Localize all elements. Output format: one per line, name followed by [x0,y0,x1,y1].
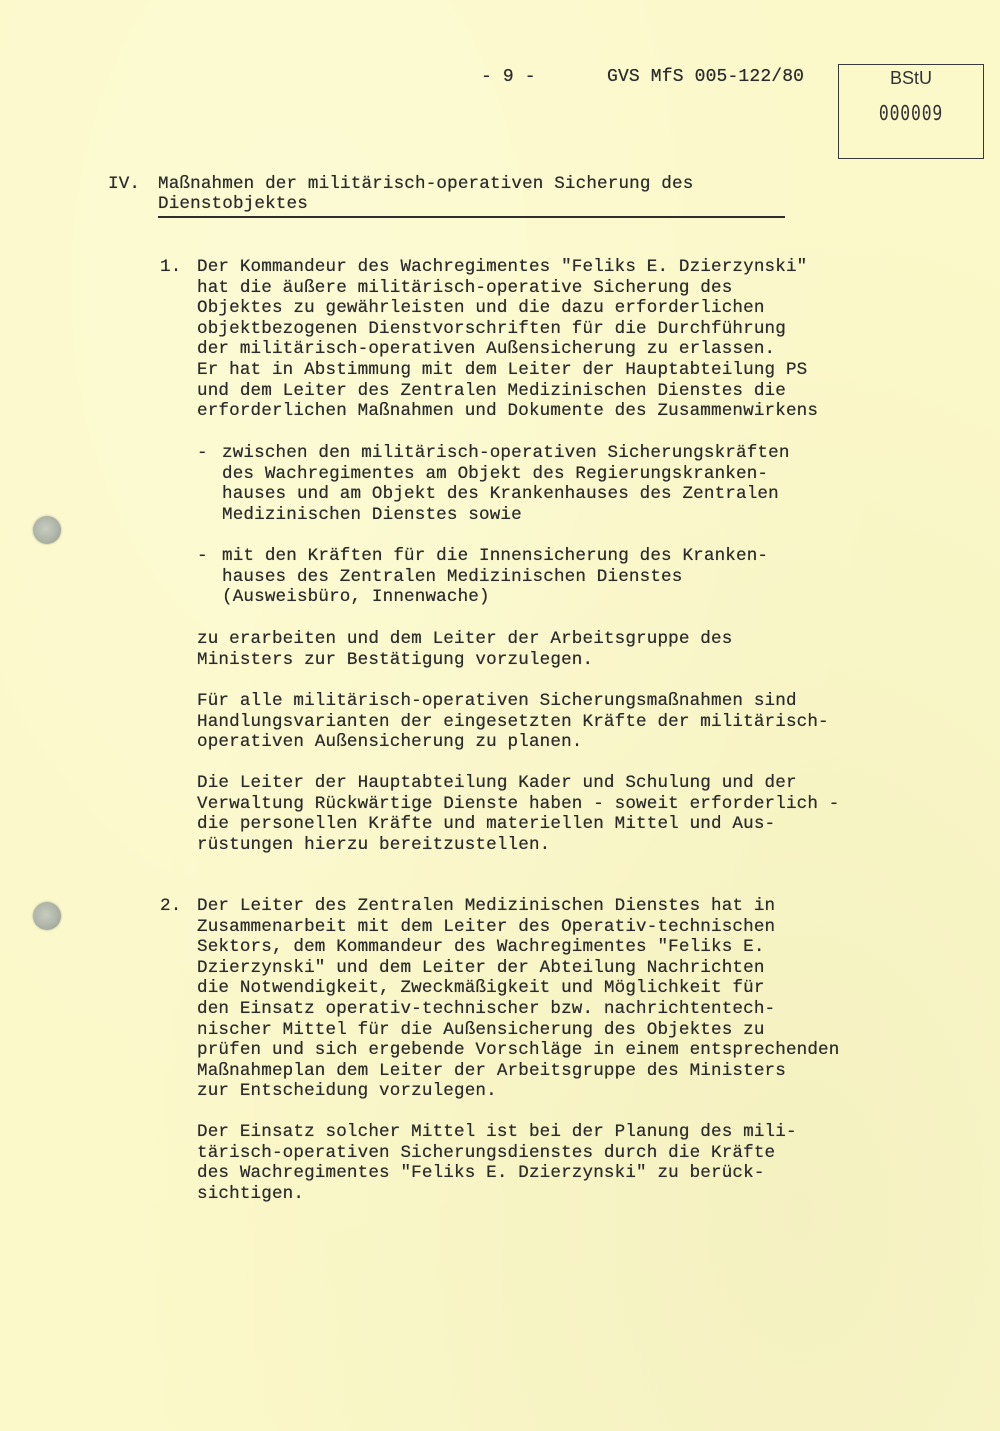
item2-line: den Einsatz operativ-technischer bzw. na… [197,999,775,1020]
item1-line: hat die äußere militärisch-operative Sic… [197,278,732,299]
item-number: 1. [160,257,181,278]
bullet-line: Medizinischen Dienstes sowie [222,505,522,526]
item2-paragraph2-line: tärisch-operativen Sicherungsdienstes du… [197,1143,775,1164]
item1-paragraph2-line: Handlungsvarianten der eingesetzten Kräf… [197,712,829,733]
item2-paragraph2-line: Der Einsatz solcher Mittel ist bei der P… [197,1122,797,1143]
item2-line: Dzierzynski" und dem Leiter der Abteilun… [197,958,765,979]
item-number: 2. [160,896,181,917]
item2-line: nischer Mittel für die Außensicherung de… [197,1020,765,1041]
item1-paragraph3-line: die personellen Kräfte und materiellen M… [197,814,775,835]
bullet-line: (Ausweisbüro, Innenwache) [222,587,490,608]
section-title-line: Dienstobjektes [158,194,308,215]
bullet-marker: - [197,443,208,464]
item1-paragraph3-line: rüstungen hierzu bereitzustellen. [197,835,550,856]
item1-line: Objektes zu gewährleisten und die dazu e… [197,298,765,319]
item1-closing-line: zu erarbeiten und dem Leiter der Arbeits… [197,629,732,650]
bullet-line: zwischen den militärisch-operativen Sich… [222,443,790,464]
item2-paragraph2-line: sichtigen. [197,1184,304,1205]
stamp-number: 000009 [852,101,970,125]
item2-line: Maßnahmeplan dem Leiter der Arbeitsgrupp… [197,1061,786,1082]
item2-line: Der Leiter des Zentralen Medizinischen D… [197,896,775,917]
item1-line: der militärisch-operativen Außensicherun… [197,339,775,360]
stamp-label: BStU [839,68,983,89]
item1-line: Er hat in Abstimmung mit dem Leiter der … [197,360,807,381]
bullet-line: des Wachregimentes am Objekt des Regieru… [222,464,768,485]
item1-closing-line: Ministers zur Bestätigung vorzulegen. [197,650,593,671]
item2-line: Sektors, dem Kommandeur des Wachregiment… [197,937,765,958]
item2-line: zur Entscheidung vorzulegen. [197,1081,497,1102]
item1-paragraph3-line: Die Leiter der Hauptabteilung Kader und … [197,773,797,794]
item2-line: prüfen und sich ergebende Vorschläge in … [197,1040,839,1061]
item2-paragraph2-line: des Wachregimentes "Feliks E. Dzierzynsk… [197,1163,765,1184]
item1-paragraph2-line: Für alle militärisch-operativen Sicherun… [197,691,797,712]
item1-line: objektbezogenen Dienstvorschriften für d… [197,319,786,340]
item1-line: erforderlichen Maßnahmen und Dokumente d… [197,401,818,422]
bullet-line: hauses des Zentralen Medizinischen Diens… [222,567,682,588]
punch-hole [33,516,61,544]
archive-stamp: BStU 000009 [838,64,984,159]
item1-paragraph2-line: operativen Außensicherung zu planen. [197,732,583,753]
bullet-line: hauses und am Objekt des Krankenhauses d… [222,484,779,505]
section-number: IV. [108,174,140,195]
item1-line: und dem Leiter des Zentralen Medizinisch… [197,381,786,402]
punch-hole [33,902,61,930]
section-title-line: Maßnahmen der militärisch-operativen Sic… [158,174,693,195]
section-title-underline [158,216,785,218]
bullet-line: mit den Kräften für die Innensicherung d… [222,546,768,567]
item1-paragraph3-line: Verwaltung Rückwärtige Dienste haben - s… [197,794,839,815]
document-page: - 9 - GVS MfS 005-122/80 BStU 000009 IV.… [0,0,1000,1431]
page-number: - 9 - [481,67,536,88]
bullet-marker: - [197,546,208,567]
item2-line: Zusammenarbeit mit dem Leiter des Operat… [197,917,775,938]
item1-line: Der Kommandeur des Wachregimentes "Felik… [197,257,807,278]
item2-line: die Notwendigkeit, Zweckmäßigkeit und Mö… [197,978,765,999]
document-reference: GVS MfS 005-122/80 [607,67,804,88]
